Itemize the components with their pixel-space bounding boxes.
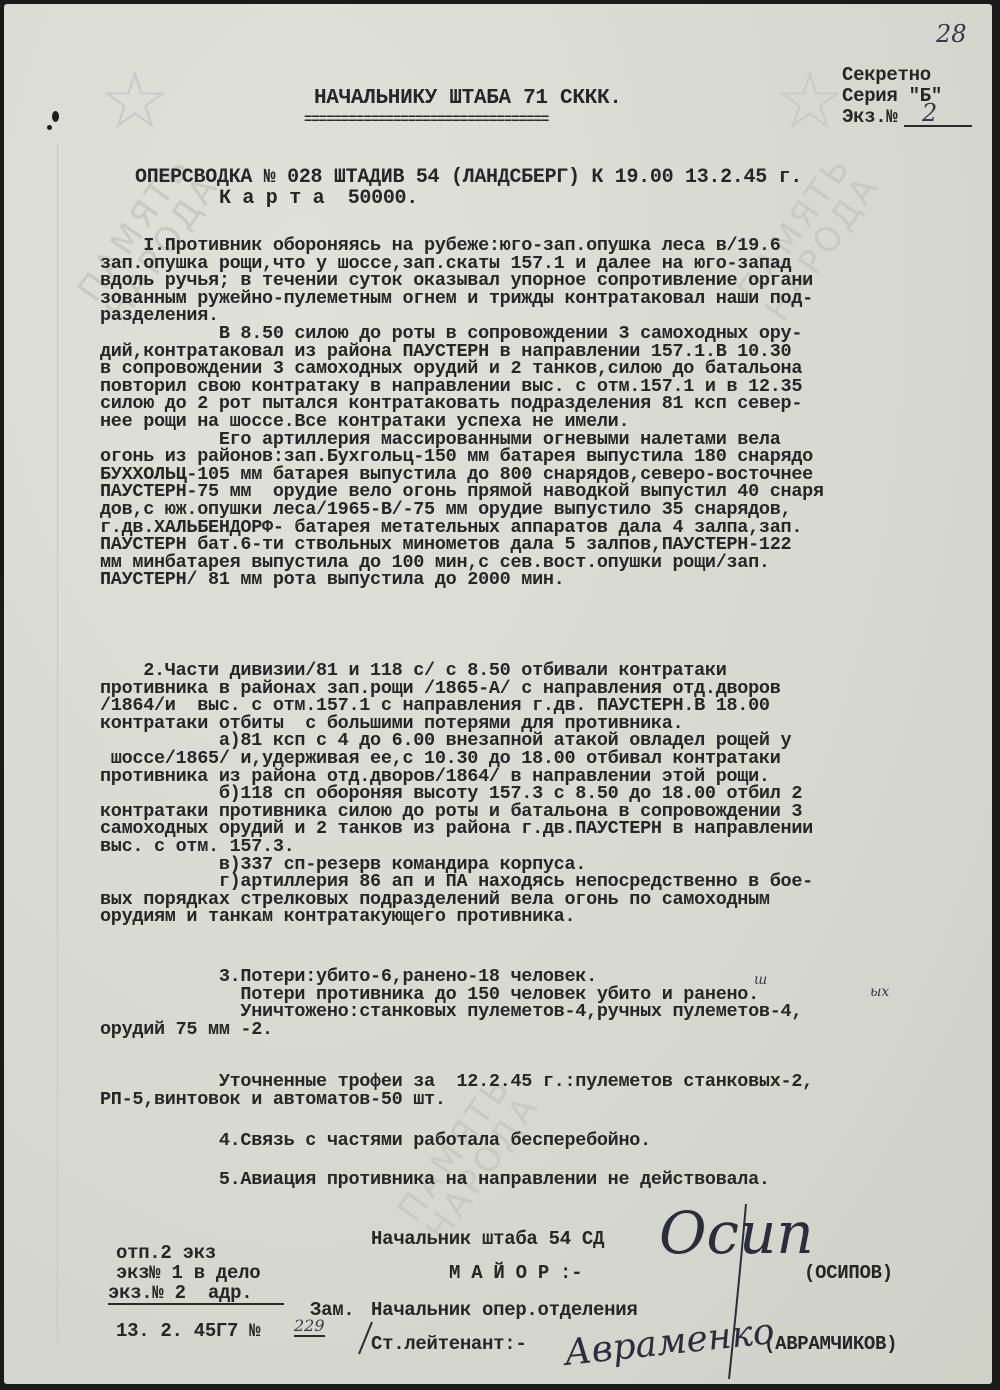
signature-strokes: [4, 4, 992, 1384]
document-page: ☆ ПАМЯТЬ НАРОДА ☆ ПАМЯТЬ НАРОДА ПАМЯТЬ Н…: [4, 4, 992, 1384]
